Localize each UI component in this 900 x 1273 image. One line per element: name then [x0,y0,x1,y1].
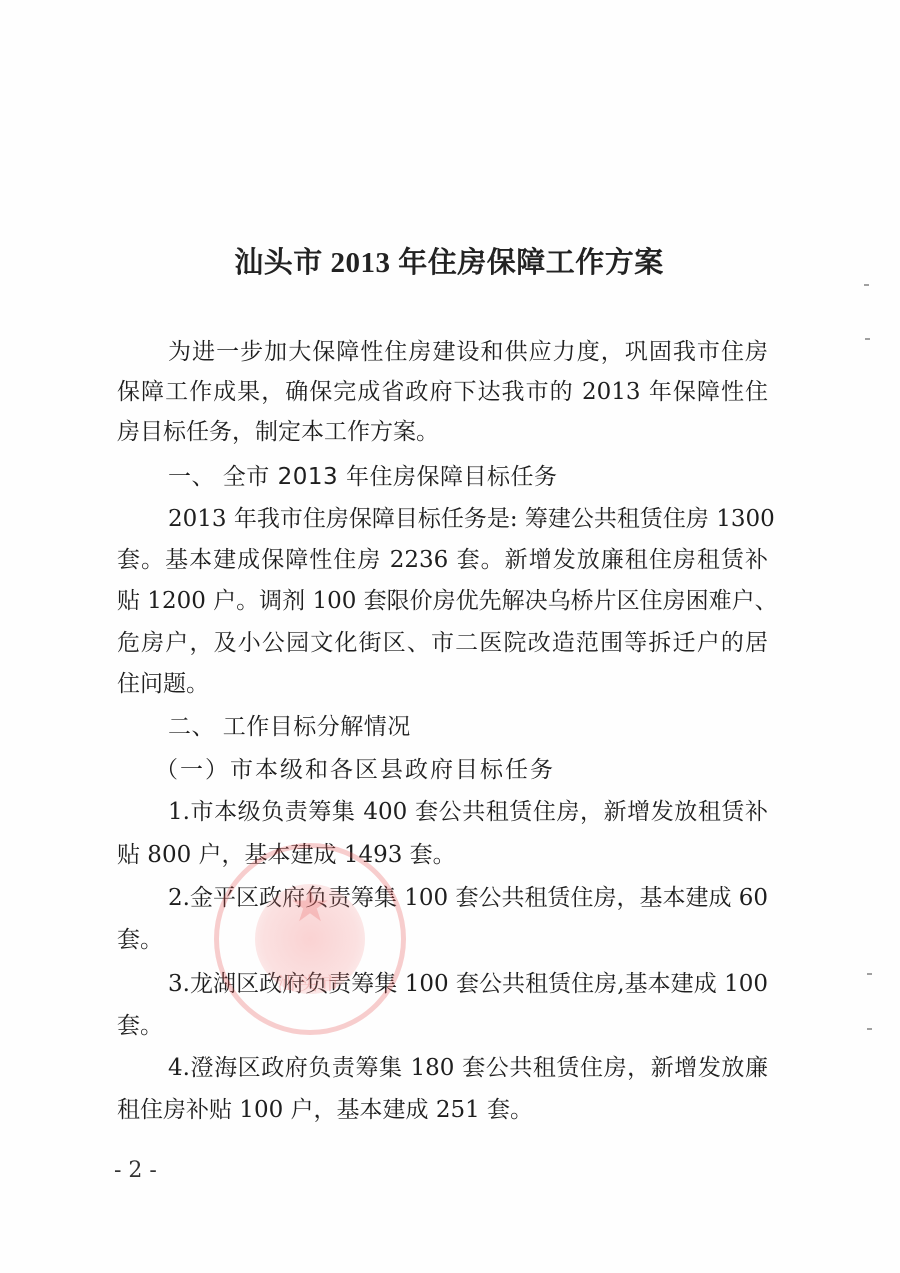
list-item-1-line: 1.市本级负责筹集 400 套公共租赁住房，新增发放租赁补 [168,792,768,832]
section-heading-2: 二、 工作目标分解情况 [168,707,768,747]
subsection-heading-1: （一）市本级和各区县政府目标任务 [155,750,768,790]
paragraph-targets-line: 贴 1200 户。调剂 100 套限价房优先解决乌桥片区住房困难户、 [117,581,768,621]
list-item-2-line: 套。 [117,920,768,960]
scan-mark [867,1028,872,1030]
list-item-4-line: 4.澄海区政府负责筹集 180 套公共租赁住房，新增发放廉 [168,1048,768,1088]
scan-mark [864,284,869,286]
section-heading-1: 一、 全市 2013 年住房保障目标任务 [168,457,768,497]
list-item-1-line: 贴 800 户，基本建成 1493 套。 [117,835,768,875]
document-page: 汕头市 2013 年住房保障工作方案 为进一步加大保障性住房建设和供应力度，巩固… [0,0,900,1273]
list-item-2-line: 2.金平区政府负责筹集 100 套公共租赁住房，基本建成 60 [168,878,768,918]
paragraph-targets-line: 2013 年我市住房保障目标任务是: 筹建公共租赁住房 1300 [168,499,768,539]
list-item-3-line: 3.龙湖区政府负责筹集 100 套公共租赁住房,基本建成 100 [168,964,768,1004]
scan-mark [867,973,872,975]
page-number: - 2 - [114,1156,157,1186]
paragraph-targets-line: 套。基本建成保障性住房 2236 套。新增发放廉租住房租赁补 [117,540,768,580]
paragraph-intro-line: 保障工作成果，确保完成省政府下达我市的 2013 年保障性住 [117,372,768,412]
scan-mark [865,338,870,340]
list-item-4-line: 租住房补贴 100 户，基本建成 251 套。 [117,1090,768,1130]
document-title: 汕头市 2013 年住房保障工作方案 [0,243,900,283]
list-item-3-line: 套。 [117,1006,768,1046]
paragraph-targets-line: 住问题。 [117,664,768,704]
paragraph-targets-line: 危房户，及小公园文化街区、市二医院改造范围等拆迁户的居 [117,623,768,663]
paragraph-intro-line: 为进一步加大保障性住房建设和供应力度，巩固我市住房 [168,332,768,372]
paragraph-intro-line: 房目标任务，制定本工作方案。 [117,412,768,452]
